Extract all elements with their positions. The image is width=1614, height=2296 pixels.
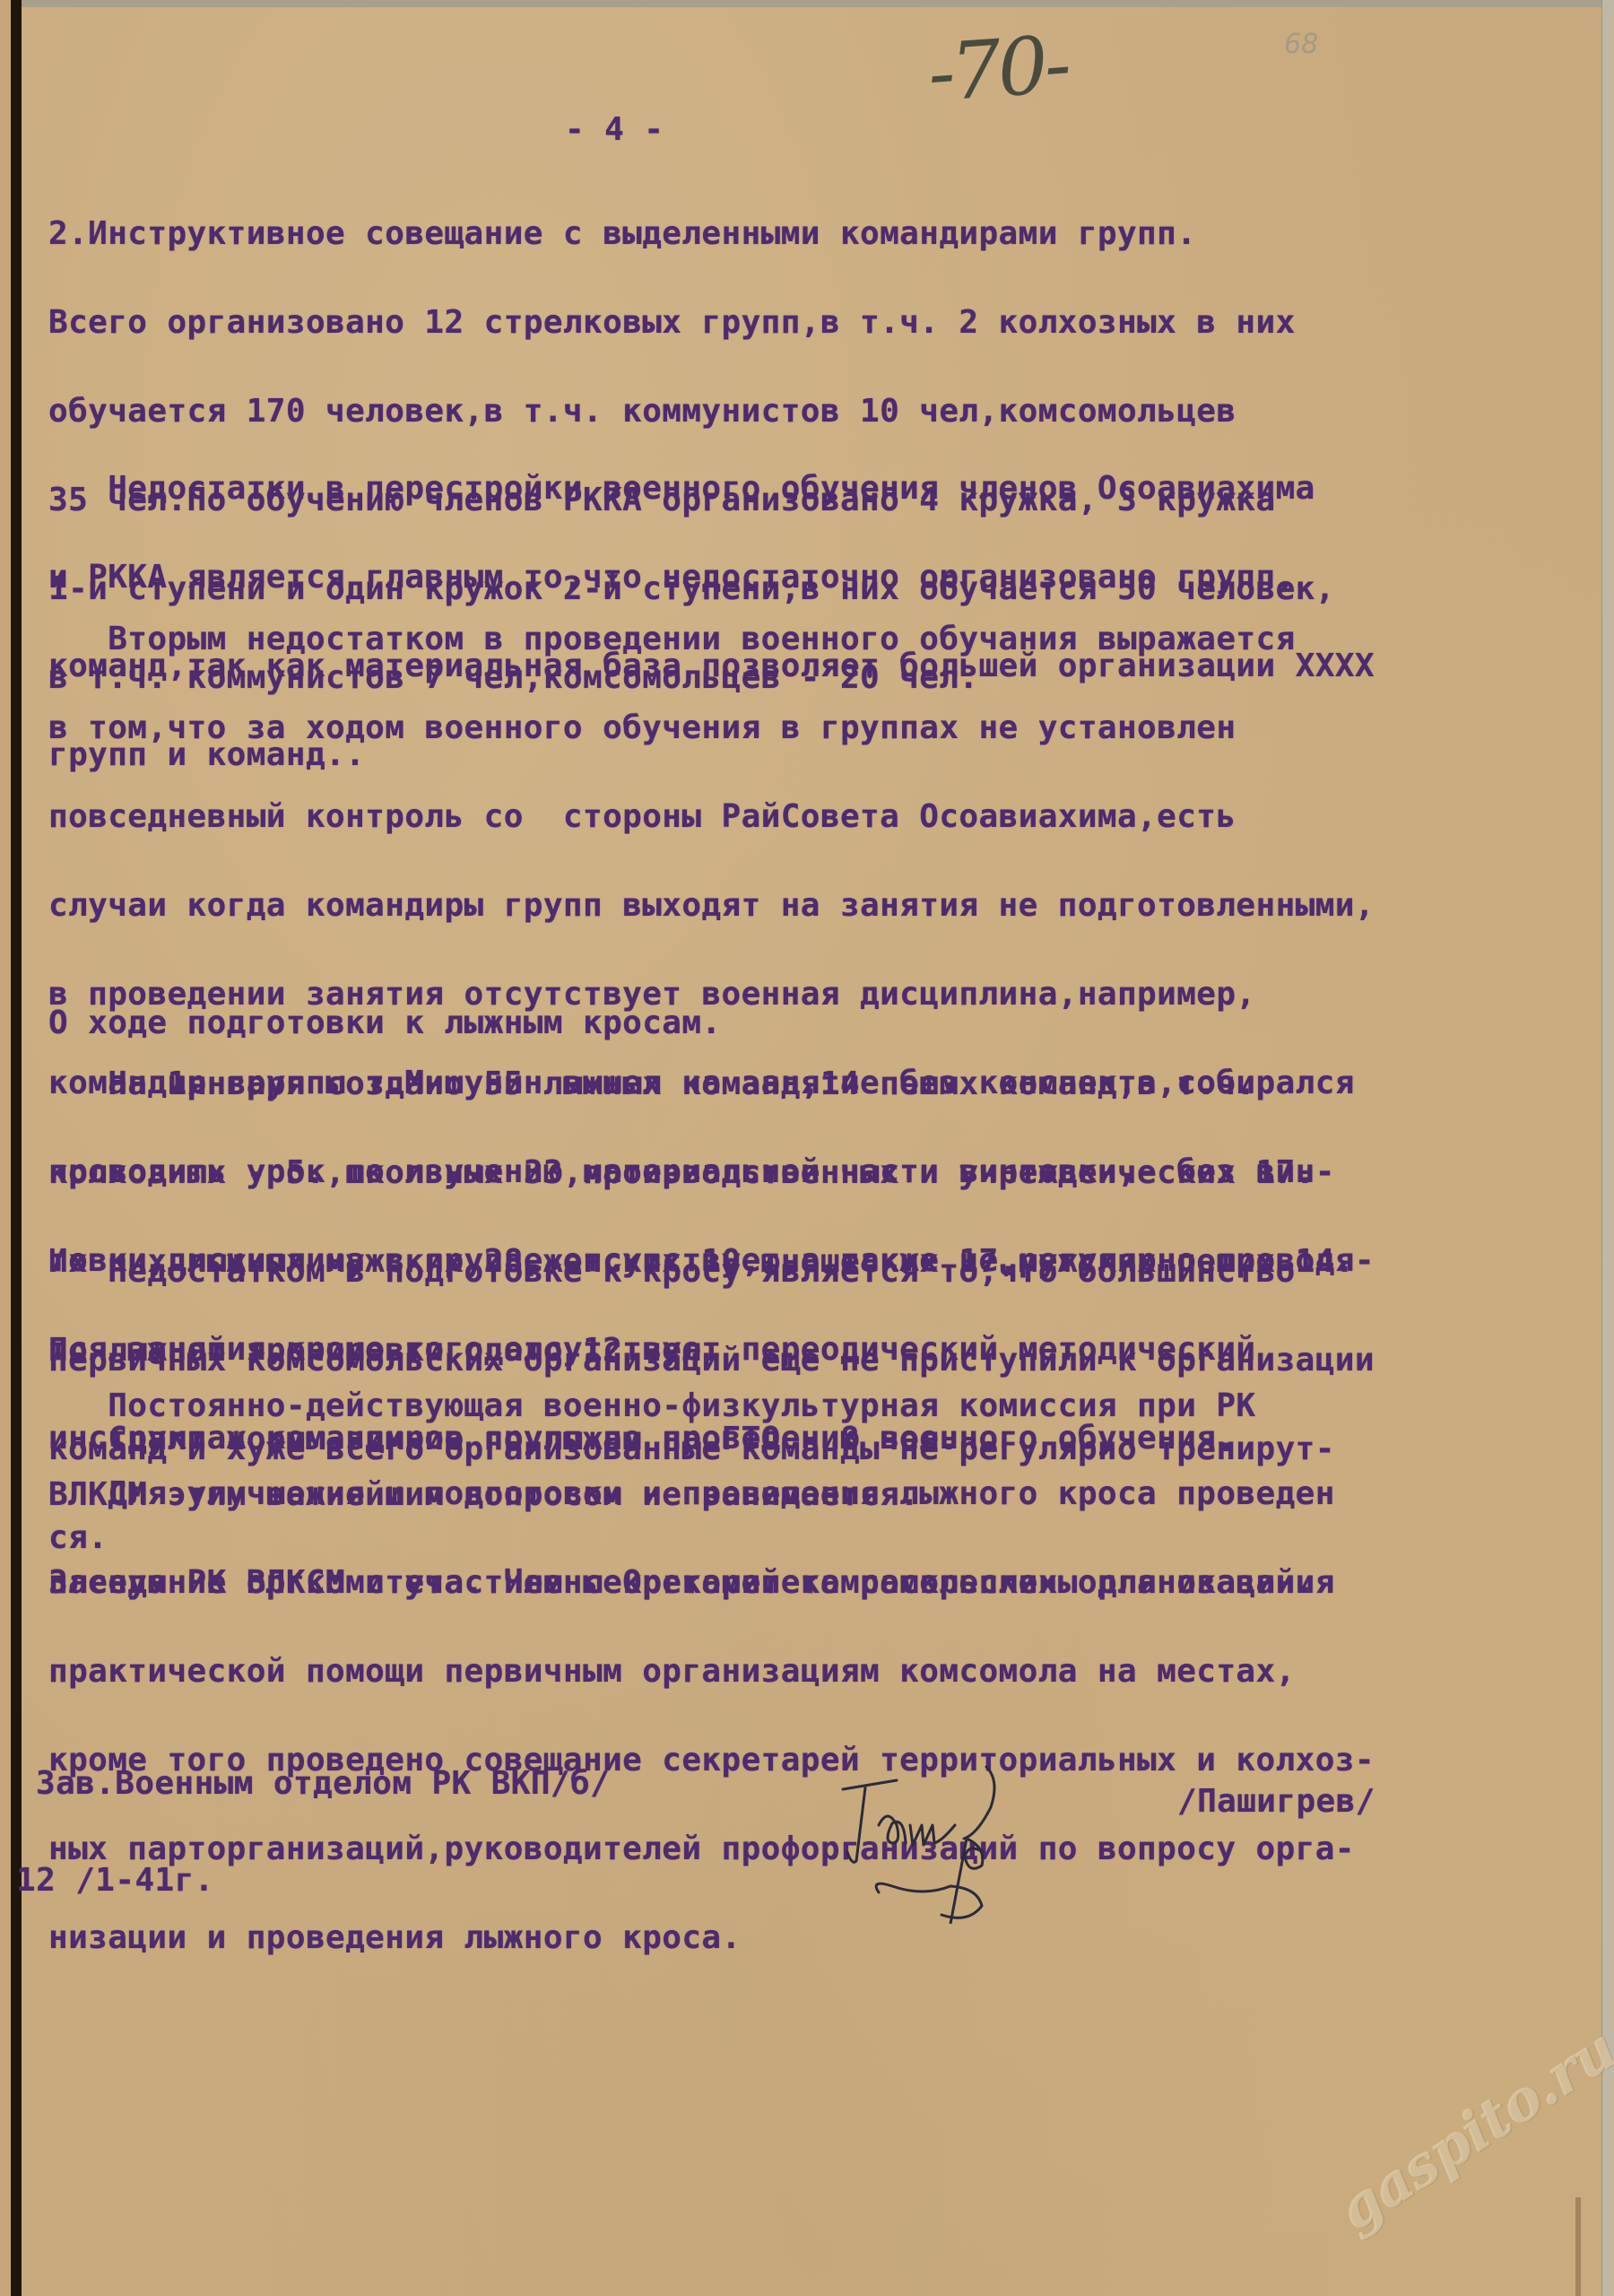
text-line: низации и проведения лыжного кроса. — [48, 1923, 1375, 1952]
text-line: повседневный контроль со стороны РайСове… — [48, 802, 1375, 831]
text-line: колхозных - 5.,школьных 33,производствен… — [48, 1158, 1355, 1187]
section-orgcommittee: Заседание оргкомитета. Члены Оргкомитета… — [48, 1509, 1375, 1982]
binding-spine — [11, 0, 22, 2296]
text-line: 2.Инструктивное совещание с выделенными … — [48, 219, 1335, 248]
scan-right-edge — [1601, 0, 1614, 2296]
text-line: Всего организовано 12 стрелковых групп,в… — [48, 308, 1335, 337]
text-line: Для улучшения и подготовки и проведения … — [48, 1479, 1335, 1509]
text-line: Заседание оргкомитета. Члены Оргкомитета… — [48, 1568, 1375, 1597]
archive-page-number: -70- — [925, 18, 1071, 120]
text-line: Вторым недостатком в проведении военного… — [48, 624, 1375, 654]
text-line: случаи когда командиры групп выходят на … — [48, 891, 1375, 920]
archive-old-number: 68 — [1284, 29, 1318, 60]
signatory-title: Зав.Военным отделом РК ВКП/б/ — [36, 1769, 610, 1798]
typed-page-marker: - 4 - — [565, 115, 664, 144]
paper-tear-stain — [1575, 2197, 1581, 2296]
text-line: На 1января создано 55 лыжных команд,14 п… — [48, 1069, 1355, 1099]
text-line: Постоянно-действующая военно-физкультурн… — [48, 1391, 1256, 1421]
text-line: в том,что за ходом военного обучения в г… — [48, 713, 1375, 743]
text-line: Недостатки в перестройки военного обучен… — [48, 474, 1375, 503]
handwritten-signature — [807, 1753, 1130, 1924]
text-line: Недостатком в подготовке к кросу являетс… — [48, 1257, 1375, 1286]
document-date: 12 /1-41г. — [16, 1865, 214, 1895]
text-line: ных парторганизаций,руководителей профор… — [48, 1834, 1375, 1864]
text-line: практической помощи первичным организаци… — [48, 1657, 1375, 1686]
signatory-name: /Пашигрев/ — [1177, 1787, 1375, 1816]
